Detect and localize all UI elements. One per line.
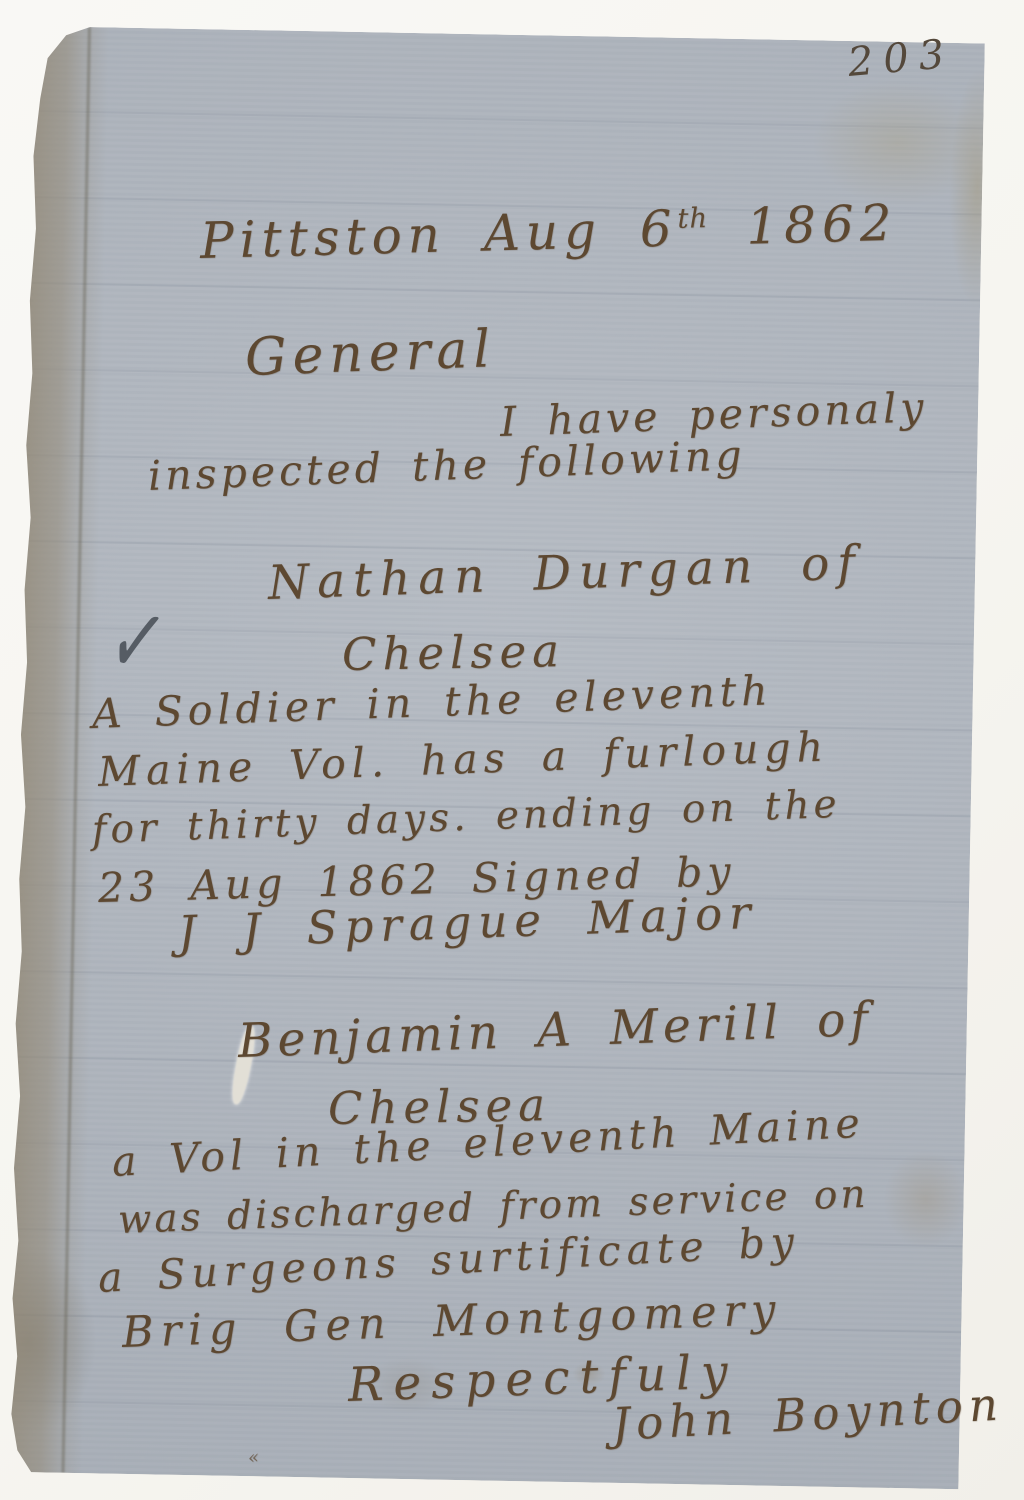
entry1-heading: Nathan Durgan of bbox=[267, 535, 864, 611]
entry1-town: Chelsea bbox=[342, 624, 566, 681]
handwriting-layer: 203 Pittston Aug 6th 1862 General I have… bbox=[0, 0, 1024, 1500]
page-number: 203 bbox=[846, 31, 956, 86]
entry1-body-line-3: for thirty days. ending on the bbox=[91, 782, 841, 853]
entry2-heading: Benjamin A Merill of bbox=[237, 992, 874, 1069]
intro-line-2: inspected the following bbox=[147, 431, 746, 500]
scanned-letter: 203 Pittston Aug 6th 1862 General I have… bbox=[0, 0, 1024, 1500]
small-margin-mark: « bbox=[247, 1447, 261, 1469]
pencil-checkmark: ✓ bbox=[100, 582, 175, 703]
dateline-place-day: Pittston Aug 6 bbox=[199, 200, 678, 270]
dateline-year: 1862 bbox=[746, 194, 899, 256]
dateline: Pittston Aug 6th 1862 bbox=[199, 194, 898, 270]
dateline-ordinal: th bbox=[677, 202, 709, 235]
salutation: General bbox=[244, 319, 497, 388]
